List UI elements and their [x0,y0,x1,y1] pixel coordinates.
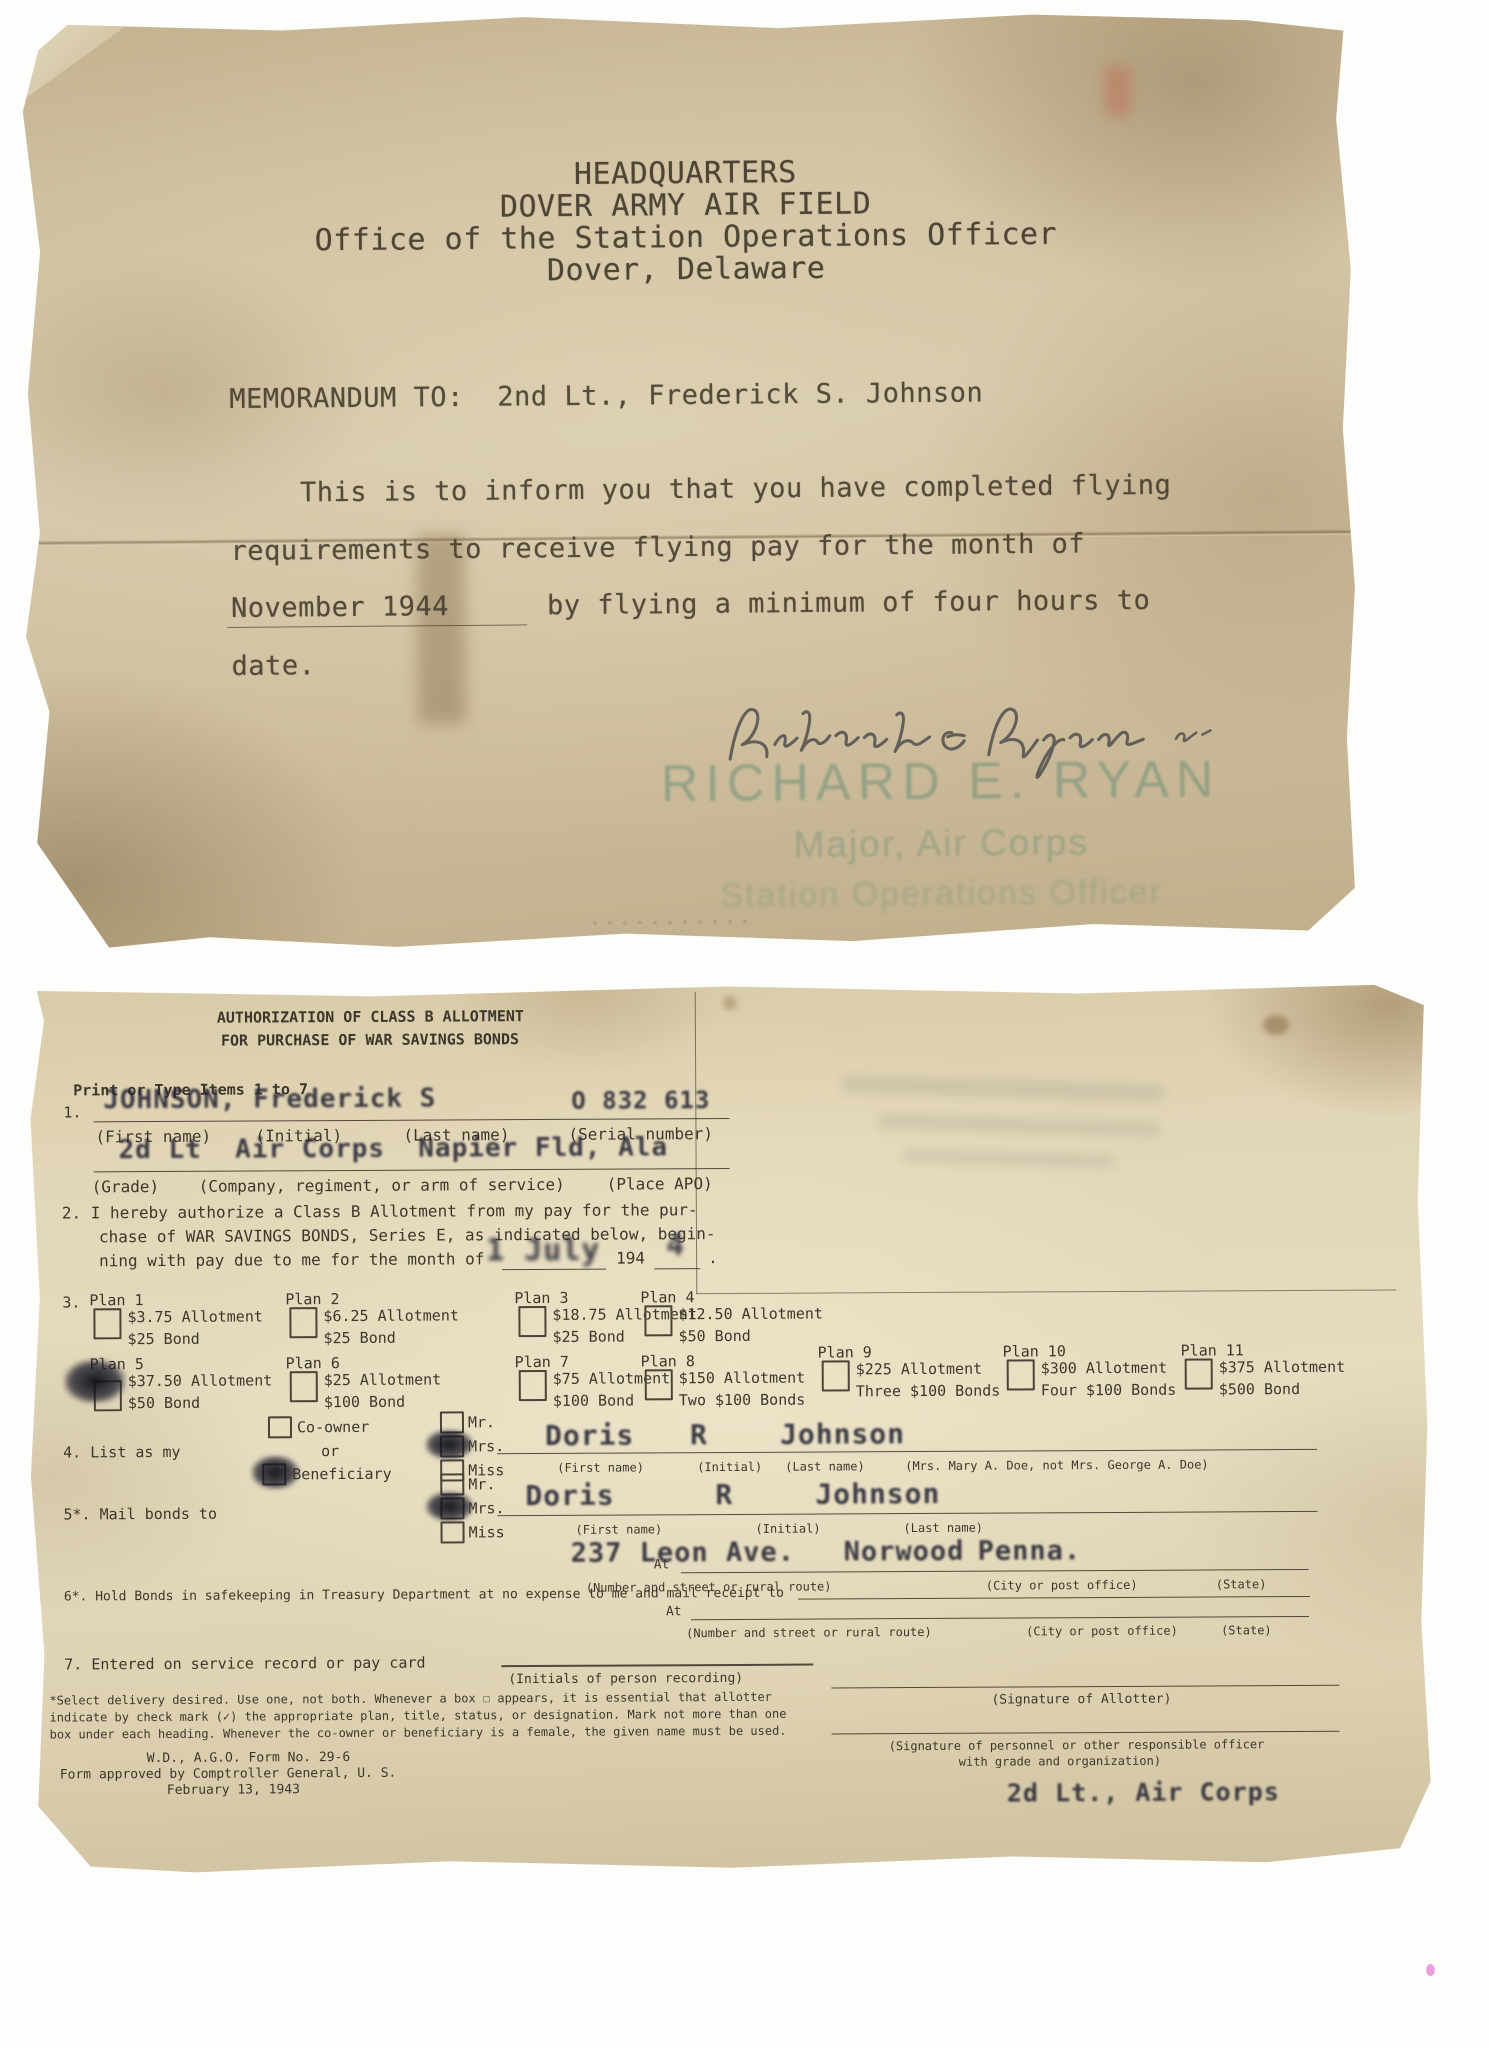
plan-1-bond: $25 Bond [127,1330,199,1348]
plan-6-allotment: $25 Allotment [324,1371,441,1390]
item6-at-label: At [666,1604,682,1619]
item2-line1: 2. I hereby authorize a Class B Allotmen… [62,1200,698,1222]
plan-1-allotment: $3.75 Allotment [127,1307,263,1326]
item5-miss-checkbox [440,1521,464,1543]
plan-8-checkbox [645,1369,673,1400]
officer-signature-label2: with grade and organization) [959,1754,1161,1769]
plan-8-option: Plan 8 $150 Allotment Two $100 Bonds [641,1351,831,1422]
item2-month-value: 1 July [486,1233,601,1269]
item2-year-prefix: 194 [616,1248,645,1267]
plan-2-option: Plan 2 $6.25 Allotment $25 Bond [285,1289,475,1360]
plan-7-checkbox [519,1370,547,1401]
item5-city-value: Norwood [844,1536,965,1568]
plan-1-name: Plan 1 [89,1291,143,1309]
item2-year-line [654,1268,700,1269]
plan-5-allotment: $37.50 Allotment [128,1371,273,1390]
item6-label-street: (Number and street or rural route) [686,1625,932,1640]
plan-4-allotment: $12.50 Allotment [678,1305,823,1324]
memo-month-underline [227,624,527,628]
item4-last-value: Johnson [780,1417,905,1451]
item5-initial-value: R [715,1478,733,1511]
item7-sub-label: (Initials of person recording) [508,1671,743,1687]
item5-address-line [681,1569,1309,1573]
plan-5-bond: $50 Bond [128,1394,200,1412]
item5-label-city: (City or post office) [986,1578,1138,1593]
form-id-line2: Form approved by Comptroller General, U.… [60,1766,397,1783]
plan-3-bond: $25 Bond [552,1328,624,1346]
officer-signature-label1: (Signature of personnel or other respons… [889,1737,1265,1753]
paper-fold-corner [14,17,140,106]
item4-label: 4. List as my [63,1443,180,1462]
footnote-line2: indicate by check mark (✓) the appropria… [49,1707,786,1725]
plan-6-checkbox [290,1371,318,1402]
ink-ghost [843,1076,1163,1101]
item1-label-place: (Place APO) [607,1174,713,1194]
item4-beneficiary-label: Beneficiary [292,1465,391,1484]
form-id-line1: W.D., A.G.O. Form No. 29-6 [147,1750,351,1766]
plan-4-checkbox [644,1305,672,1336]
item7-label: 7. Entered on service record or pay card [64,1654,425,1674]
item4-label-first: (First name) [557,1460,644,1474]
paper-stain [723,996,737,1010]
ink-ghost [903,1149,1113,1167]
form-id-line3: February 13, 1943 [167,1782,300,1798]
item1-name-value: JOHNSON, Frederick S [103,1084,436,1116]
memo-body-line3: by flying a minimum of four hours to [547,585,1150,621]
plan-11-allotment: $375 Allotment [1219,1358,1346,1377]
plan-2-name: Plan 2 [285,1290,339,1308]
plan-7-bond: $100 Bond [553,1391,634,1409]
footnote-line1: *Select delivery desired. Use one, not b… [49,1690,772,1708]
allotment-form-paper: AUTHORIZATION OF CLASS B ALLOTMENT FOR P… [23,978,1436,1877]
plan-10-name: Plan 10 [1003,1342,1066,1360]
item5-last-value: Johnson [815,1477,940,1511]
plan-4-option: Plan 4 $12.50 Allotment $50 Bond [640,1287,830,1358]
plan-11-name: Plan 11 [1181,1341,1244,1359]
item1-label-company: (Company, regiment, or arm of service) [199,1175,565,1196]
item4-coowner-label: Co-owner [297,1418,369,1436]
plan-9-checkbox [822,1360,850,1391]
item5-label-state: (State) [1216,1577,1267,1591]
ink-ghost [878,1114,1158,1136]
item2-year-value: 4 [666,1228,685,1263]
item4-initial-value: R [690,1418,708,1451]
item4-label-initial: (Initial) [697,1460,762,1474]
item4-or-label: or [321,1442,339,1460]
plan-10-bond: Four $100 Bonds [1041,1381,1177,1400]
plan-8-name: Plan 8 [641,1352,695,1370]
plan-9-bond: Three $100 Bonds [856,1382,1001,1401]
plan-6-name: Plan 6 [286,1354,340,1372]
scan-artifact-dot [1426,1964,1435,1976]
plan-10-option: Plan 10 $300 Allotment Four $100 Bonds [1003,1342,1193,1413]
plan-2-bond: $25 Bond [323,1329,395,1347]
item1-number: 1. [63,1103,81,1121]
item5-mrs-checkmark-blot [425,1491,473,1521]
officer-grade-value: 2d Lt., Air Corps [1007,1777,1280,1807]
memo-paper: HEADQUARTERS DOVER ARMY AIR FIELD Office… [14,6,1362,956]
officer-rubber-stamp: RICHARD E. RYAN Major, Air Corps Station… [600,749,1281,917]
memo-body-line4: date. [231,650,315,682]
plan-10-allotment: $300 Allotment [1041,1359,1168,1378]
scanned-documents-page: HEADQUARTERS DOVER ARMY AIR FIELD Office… [0,0,1489,2048]
item5-label-first: (First name) [575,1522,662,1536]
item7-initials-line [501,1664,813,1668]
item4-mrs-checkmark-blot [425,1429,473,1459]
item2-period: . [708,1248,718,1267]
item5-label: 5*. Mail bonds to [63,1505,217,1524]
stamp-rank: Major, Air Corps [601,820,1281,868]
item4-label-note: (Mrs. Mary A. Doe, not Mrs. George A. Do… [905,1457,1209,1473]
plan-11-option: Plan 11 $375 Allotment $500 Bond [1181,1341,1371,1412]
stamp-title: Station Operations Officer [601,872,1281,917]
allotter-signature-label: (Signature of Allotter) [991,1692,1171,1708]
plan-4-bond: $50 Bond [678,1327,750,1345]
item6-label-city: (City or post office) [1026,1624,1178,1639]
memo-body-line2: requirements to receive flying pay for t… [230,529,1085,567]
perforation-marks: ◦◦◦◦◦◦◦◦◦◦◦ [592,917,757,929]
item5-at-label: At [654,1557,670,1572]
item4-coowner-checkbox [268,1416,292,1438]
plan-6-bond: $100 Bond [324,1393,405,1411]
item6-receipt-line [798,1596,1310,1600]
plan-1-checkbox [93,1308,121,1339]
memo-month-entry: November 1944 [231,591,449,624]
red-ink-smudge [1104,66,1130,116]
plan-3-name: Plan 3 [514,1289,568,1307]
item6-address-line [691,1616,1309,1620]
plan-2-checkbox [289,1307,317,1338]
plan-11-checkbox [1185,1358,1213,1389]
item5-label-last: (Last name) [903,1521,983,1535]
plan-5-checkmark-blot [64,1359,126,1403]
plan-3-checkbox [518,1306,546,1337]
plan-8-bond: Two $100 Bonds [679,1391,806,1410]
item6-label-state: (State) [1221,1623,1272,1637]
item5-state-value: Penna. [978,1535,1082,1567]
item5-label-initial: (Initial) [755,1522,820,1536]
item1-label-grade: (Grade) [92,1177,160,1196]
item3-number: 3. [62,1293,80,1311]
plan-8-allotment: $150 Allotment [679,1369,806,1388]
item4-first-value: Doris [545,1418,634,1451]
form-title-line1: AUTHORIZATION OF CLASS B ALLOTMENT [217,1007,524,1027]
item1-grade-value: 2d Lt Air Corps Napier Fld, Ala [118,1132,668,1165]
footnote-line3: box under each heading. Whenever the co-… [50,1724,787,1742]
allotter-signature-line [831,1685,1339,1689]
plan-1-option: Plan 1 $3.75 Allotment $25 Bond [89,1290,279,1361]
memo-to-line: MEMORANDUM TO: 2nd Lt., Frederick S. Joh… [229,377,983,415]
item1-line1 [93,1118,729,1122]
plan-9-name: Plan 9 [818,1343,872,1361]
item2-month-line [502,1269,606,1271]
item6-text: 6*. Hold Bonds in safekeeping in Treasur… [64,1586,784,1605]
item5-first-value: Doris [525,1479,614,1512]
plan-4-name: Plan 4 [640,1288,694,1306]
item5-miss-label: Miss [468,1523,504,1541]
plan-9-allotment: $225 Allotment [856,1360,983,1379]
plan-2-allotment: $6.25 Allotment [323,1306,459,1325]
memo-body-line1: This is to inform you that you have comp… [300,470,1172,509]
paper-stain [1263,1015,1289,1035]
item2-line3: ning with pay due to me for the month of [99,1249,484,1270]
item1-line2 [94,1168,730,1172]
plan-11-bond: $500 Bond [1219,1380,1300,1398]
item5-street-value: 237 Leon Ave. [571,1537,795,1569]
officer-signature-line [832,1731,1340,1735]
plan-7-name: Plan 7 [515,1353,569,1371]
form-title-line2: FOR PURCHASE OF WAR SAVINGS BONDS [221,1030,519,1050]
item2-line2: chase of WAR SAVINGS BONDS, Series E, as… [99,1224,716,1246]
item1-serial-value: O 832 613 [571,1086,710,1115]
stamp-name: RICHARD E. RYAN [600,749,1280,815]
plan-5-option: Plan 5 $37.50 Allotment $50 Bond [90,1354,280,1425]
item5-name-line [497,1511,1317,1516]
plan-9-option: Plan 9 $225 Allotment Three $100 Bonds [818,1343,1008,1414]
plan-10-checkbox [1007,1359,1035,1390]
item4-label-last: (Last name) [785,1459,865,1473]
memo-letterhead: HEADQUARTERS DOVER ARMY AIR FIELD Office… [15,152,1356,292]
